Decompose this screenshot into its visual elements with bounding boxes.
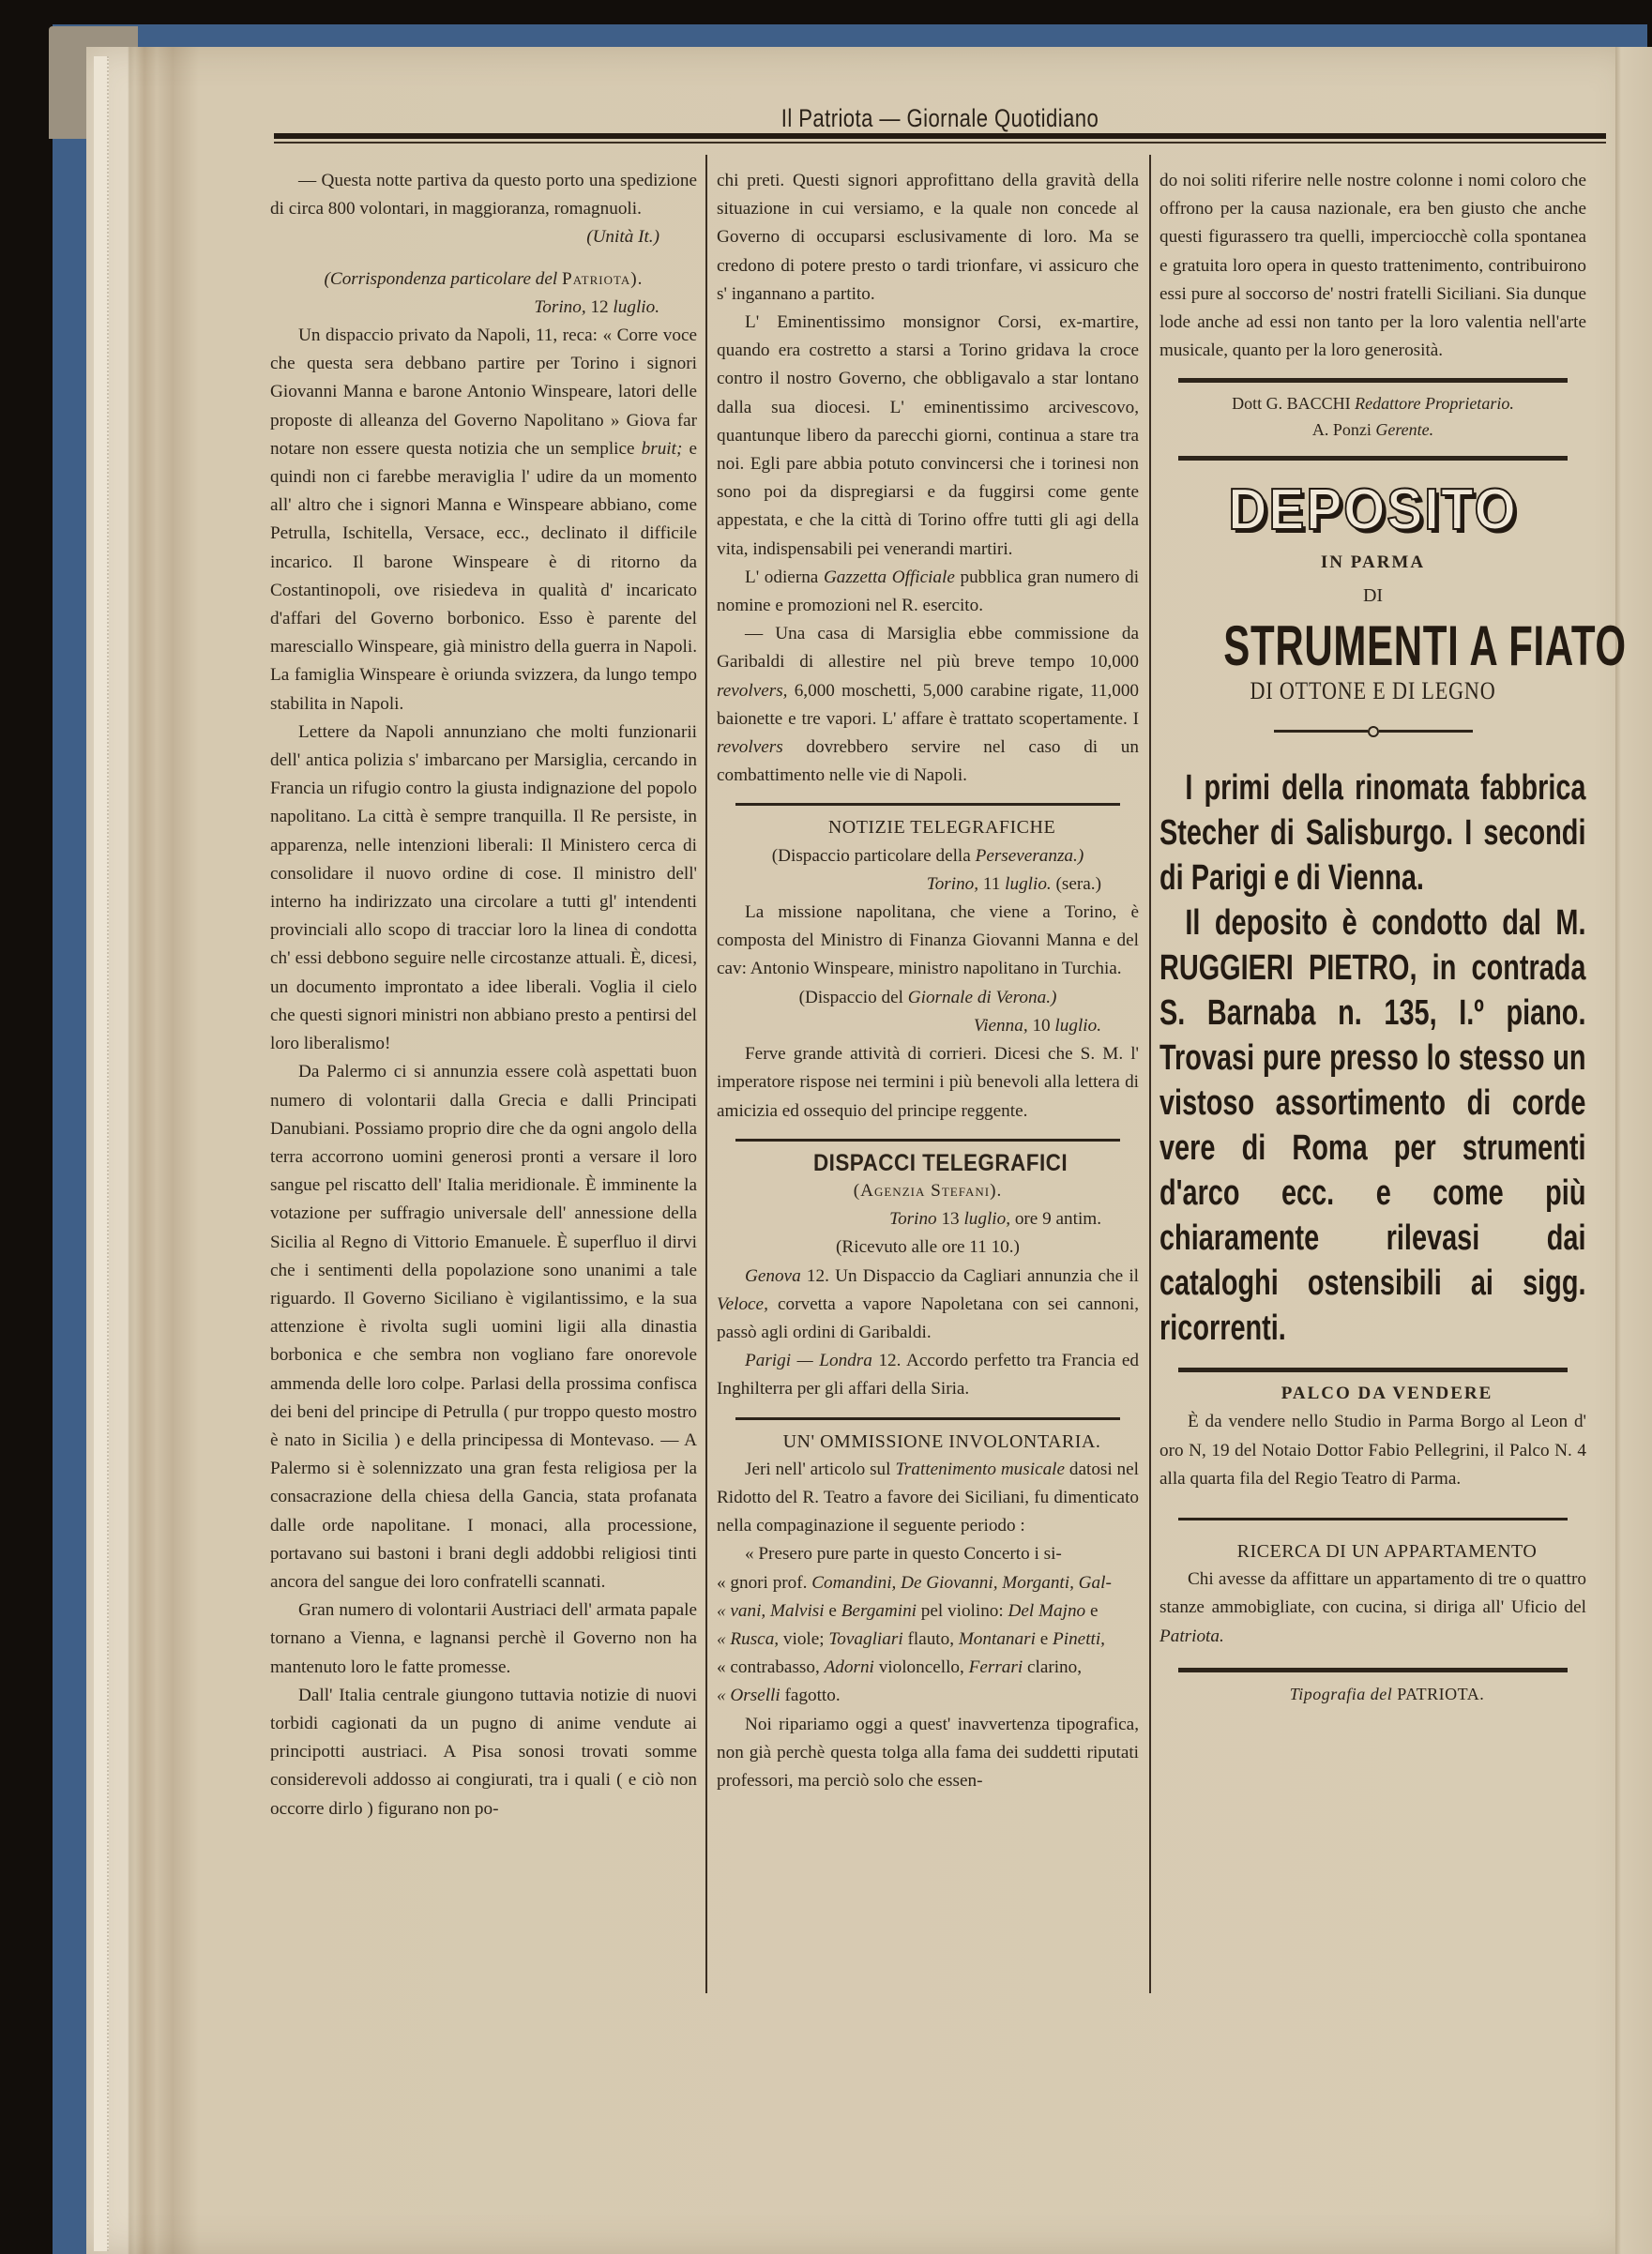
column-divider [1149,155,1151,1993]
section-rule [1178,456,1568,461]
dateline-place: Torino [889,1209,937,1229]
musician-names: Del Majno [1008,1601,1086,1621]
editor-role: Redattore Proprietario. [1355,394,1514,413]
manager-name: A. Ponzi [1312,420,1372,439]
column-3: do noi soliti riferire nelle nostre colo… [1159,167,1586,1968]
dateline-month: luglio, [963,1209,1010,1229]
section-heading: NOTIZIE TELEGRAFICHE [717,813,1139,841]
telegraph-news-section: NOTIZIE TELEGRAFICHE (Dispaccio particol… [717,813,1139,1125]
page-stitched-edge [94,56,109,2251]
dateline-day: 11 [983,874,1000,894]
source-name: Giornale di Verona.) [908,988,1057,1007]
imprint-caps: PATRIOTA. [1397,1685,1484,1703]
ad-paragraph: I primi della rinomata fabbrica Stecher … [1159,765,1585,900]
advertisement-deposito: DEPOSITO IN PARMA DI STRUMENTI A FIATO D… [1159,477,1586,1351]
article-paragraph: — Una casa di Marsiglia ebbe commissione… [717,620,1139,790]
dateline-place: Vienna, [974,1016,1028,1036]
header-rule-thin [274,142,1606,144]
quote-line: « gnori prof. Comandini, De Giovanni, Mo… [717,1569,1139,1597]
dateline-day: 10 [1032,1016,1050,1036]
text: flauto, [907,1629,954,1649]
dateline: Vienna, 10 luglio. [717,1012,1139,1040]
article-paragraph: do noi soliti riferire nelle nostre colo… [1159,167,1586,365]
dateline: Torino, 11 luglio. (sera.) [717,870,1139,899]
masthead-credits: Dott G. BACCHI Redattore Proprietario. A… [1159,390,1586,443]
dateline-day: 12 [590,297,608,317]
notice-body: È da vendere nello Studio in Parma Borgo… [1159,1408,1586,1493]
text: Un Dispaccio da Cagliari annunzia che il [835,1266,1139,1286]
musician-names: Comandini, De Giovanni, Morganti, Gal- [811,1573,1112,1593]
imprint-italic: Tipografia del [1290,1685,1393,1703]
dispatch-item: Genova 12. Un Dispaccio da Cagliari annu… [717,1263,1139,1348]
text: viole; [783,1629,825,1649]
text: e quindi non ci farebbe meraviglia l' ud… [270,439,697,714]
text: fagotto. [785,1686,841,1705]
dateline-month: luglio. [1005,874,1052,894]
musician-names: Bergamini [841,1601,917,1621]
section-heading: DISPACCI TELEGRAFICI [738,1149,1118,1177]
text: Chi avesse da affittare un appartamento … [1159,1569,1586,1617]
dateline-time: (sera.) [1056,874,1101,894]
running-head: Il Patriota — Giornale Quotidiano [394,104,1486,133]
ad-di: DI [1159,582,1586,610]
text: « contrabasso, [717,1657,820,1677]
event-name: Trattenimento musicale [895,1460,1065,1479]
article-paragraph: L' Eminentissimo monsignor Corsi, ex-mar… [717,309,1139,564]
section-rule [1178,1518,1568,1520]
dateline: Torino 13 luglio, ore 9 antim. [717,1205,1139,1233]
notice-heading: RICERCA DI UN APPARTAMENTO [1159,1537,1586,1566]
quote-line: « contrabasso, Adorni violoncello, Ferra… [717,1654,1139,1682]
header-rule-thick [274,133,1606,139]
heading-caps: Patriota). [562,269,643,289]
musician-names: « Orselli [717,1686,781,1705]
ad-product: STRUMENTI A FIATO [1223,615,1523,677]
section-rule [1178,378,1568,383]
quote-line: « vani, Malvisi e Bergamini pel violino:… [717,1597,1139,1626]
article-paragraph: Lettere da Napoli annunziano che molti f… [270,719,697,1058]
quote-line: « Orselli fagotto. [717,1682,1139,1710]
musician-names: « Rusca, [717,1629,779,1649]
quote-line: « Rusca, viole; Tovagliari flauto, Monta… [717,1626,1139,1654]
italic-word: revolvers, [717,681,787,701]
notice-heading: PALCO DA VENDERE [1159,1380,1586,1408]
text: (Dispaccio particolare della [772,846,971,866]
dateline-month: luglio. [1054,1016,1101,1036]
column-divider [705,155,707,1993]
dispatch-place: Genova [745,1266,801,1286]
apartment-wanted-notice: RICERCA DI UN APPARTAMENTO Chi avesse da… [1159,1537,1586,1651]
section-rule [1178,1368,1568,1372]
editor-name: Dott G. BACCHI [1232,394,1351,413]
manager-role: Gerente. [1375,420,1433,439]
musician-names: Ferrari [969,1657,1023,1677]
ship-name: Veloce, [717,1294,768,1314]
dispatch-source: (Dispaccio particolare della Perseveranz… [717,842,1139,870]
ad-paragraph: Il deposito è condotto dal M. RUGGIERI P… [1159,900,1585,1351]
dateline-time: ore 9 antim. [1015,1209,1101,1229]
text: violoncello, [879,1657,964,1677]
musician-names: Adorni [825,1657,874,1677]
newspaper-name: Patriota. [1159,1626,1224,1646]
next-page-edge [1615,47,1652,2254]
section-rule [735,1139,1120,1142]
musician-names: Montanari [959,1629,1036,1649]
article-paragraph: Noi ripariamo oggi a quest' inavvertenza… [717,1711,1139,1796]
source-attribution: (Unità It.) [270,223,697,251]
text: clarino, [1027,1657,1082,1677]
text: (Dispaccio del [799,988,903,1007]
section-rule [1178,1668,1568,1672]
text: e [1040,1629,1049,1649]
article-paragraph: Gran numero di volontarii Austriaci dell… [270,1596,697,1682]
dispatch-body: La missione napolitana, che viene a Tori… [717,899,1139,984]
dispatch-day: 12. [807,1266,829,1286]
article-paragraph: Dall' Italia centrale giungono tuttavia … [270,1682,697,1823]
ad-title: DEPOSITO [1176,477,1569,543]
musician-names: Pinetti, [1053,1629,1105,1649]
section-rule [735,803,1120,806]
ad-subtitle: IN PARMA [1159,549,1586,577]
column-1: — Questa notte partiva da questo porto u… [270,167,697,1968]
heading-italic: (Corrispondenza particolare del [325,269,558,289]
quote-line: « Presero pure parte in questo Concerto … [717,1540,1139,1568]
article-paragraph: — Questa notte partiva da questo porto u… [270,167,697,223]
section-heading: UN' OMMISSIONE INVOLONTARIA. [717,1428,1139,1456]
column-2: chi preti. Questi signori approfittano d… [717,167,1139,1968]
italic-word: revolvers [717,737,783,757]
text: — Una casa di Marsiglia ebbe commissione… [717,624,1139,672]
text: e [828,1601,837,1621]
dateline-place: Torino, [534,297,585,317]
text: pel violino: [921,1601,1004,1621]
article-paragraph: Da Palermo ci si annunzia essere colà as… [270,1058,697,1596]
ad-material: DI OTTONE E DI LEGNO [1191,677,1554,705]
section-rule [735,1417,1120,1420]
italic-word: bruit; [642,439,683,459]
text: e [1090,1601,1099,1621]
dateline-place: Torino, [927,874,978,894]
dispatch-source: (Dispaccio del Giornale di Verona.) [717,984,1139,1012]
omission-section: UN' OMMISSIONE INVOLONTARIA. Jeri nell' … [717,1428,1139,1796]
article-paragraph: Un dispaccio privato da Napoli, 11, reca… [270,322,697,719]
musician-names: Tovagliari [828,1629,902,1649]
text: Un dispaccio privato da Napoli, 11, reca… [270,325,697,459]
printer-imprint: Tipografia del PATRIOTA. [1159,1680,1586,1708]
correspondence-heading: (Corrispondenza particolare del Patriota… [270,265,697,294]
ad-body: I primi della rinomata fabbrica Stecher … [1159,765,1585,1351]
ornament-divider [1159,717,1586,745]
dateline-day: 13 [941,1209,959,1229]
text: corvetta a vapore Napoletana con sei can… [717,1294,1139,1342]
editor-line: Dott G. BACCHI Redattore Proprietario. [1159,390,1586,416]
box-for-sale-notice: PALCO DA VENDERE È da vendere nello Stud… [1159,1380,1586,1493]
publication-name: Gazzetta Officiale [824,567,955,587]
article-paragraph: Jeri nell' articolo sul Trattenimento mu… [717,1456,1139,1541]
agency-name: (Agenzia Stefani). [717,1177,1139,1205]
received-time: (Ricevuto alle ore 11 10.) [717,1233,1139,1262]
text: « gnori prof. [717,1573,807,1593]
source-name: Perseveranza.) [976,846,1084,866]
dispatch-body: Ferve grande attività di corrieri. Dices… [717,1040,1139,1126]
text: Jeri nell' articolo sul [745,1460,890,1479]
dispatch-item: Parigi — Londra 12. Accordo perfetto tra… [717,1347,1139,1403]
dateline: Torino, 12 luglio. [270,294,697,322]
telegraph-dispatches-section: DISPACCI TELEGRAFICI (Agenzia Stefani). … [717,1149,1139,1404]
dispatch-place: Parigi — Londra [745,1351,872,1370]
manager-line: A. Ponzi Gerente. [1159,416,1586,443]
text: L' odierna [745,567,818,587]
dispatch-day: 12. [878,1351,901,1370]
article-paragraph: L' odierna Gazzetta Officiale pubblica g… [717,564,1139,620]
dateline-month: luglio. [613,297,659,317]
article-paragraph: chi preti. Questi signori approfittano d… [717,167,1139,309]
musician-names: « vani, Malvisi [717,1601,825,1621]
notice-body: Chi avesse da affittare un appartamento … [1159,1566,1586,1651]
source-name: (Unità It.) [586,227,659,247]
